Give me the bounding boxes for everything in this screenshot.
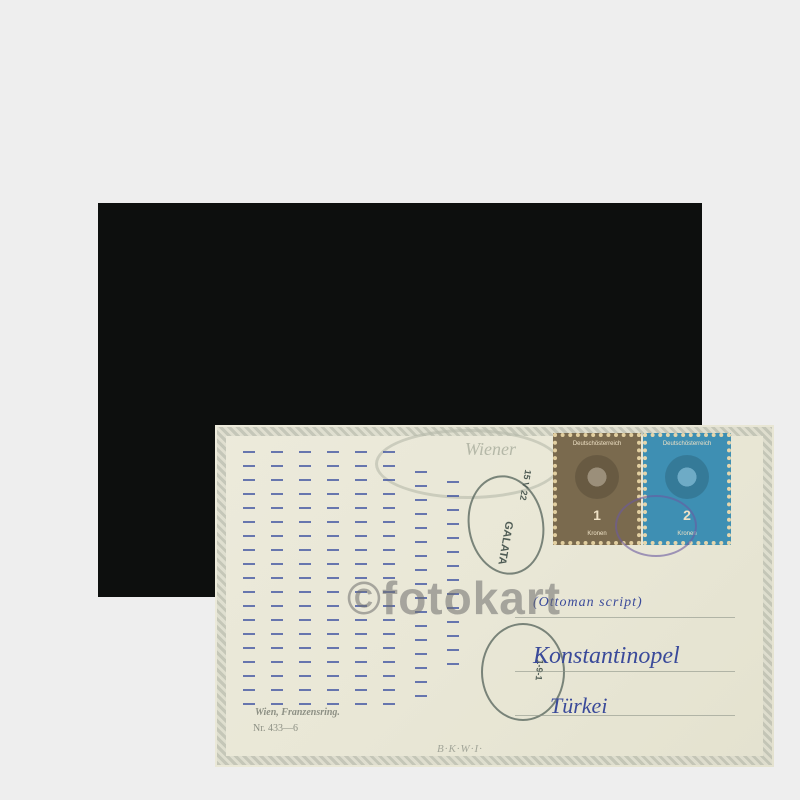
watermark: ©fotokart xyxy=(347,571,561,625)
violet-cancel-mark xyxy=(615,495,697,557)
eagle-emblem-icon xyxy=(575,455,619,499)
handwritten-message-column xyxy=(327,445,339,715)
card-number: Nr. 433—6 xyxy=(253,723,298,734)
address-country: Türkei xyxy=(550,693,607,719)
eagle-emblem-icon xyxy=(665,455,709,499)
handwritten-message-column xyxy=(299,445,311,715)
photo-frame: Wiener Deutschösterreich 1 Kronen Deutsc… xyxy=(98,203,702,597)
publisher-mark: B·K·W·I· xyxy=(437,743,483,755)
handwritten-message-column xyxy=(243,445,255,715)
handwritten-message-column xyxy=(271,445,283,715)
ornament-title: Wiener xyxy=(465,439,516,460)
card-caption: Wien, Franzensring. xyxy=(255,707,340,718)
address-city: Konstantinopel xyxy=(533,643,680,670)
postcard: Wiener Deutschösterreich 1 Kronen Deutsc… xyxy=(215,425,774,767)
